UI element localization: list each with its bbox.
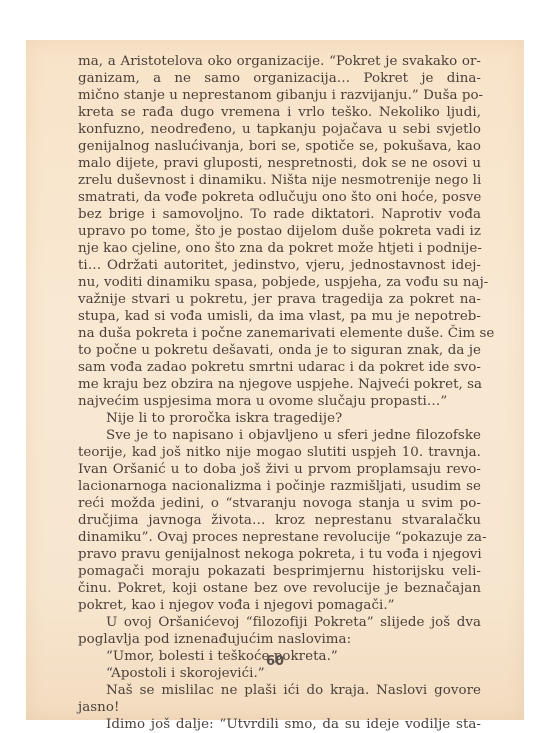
text-line: bez brige i samovoljno. To rade diktator… <box>78 206 481 223</box>
text-line: Ivan Oršanić u to doba još živi u prvom … <box>78 461 481 478</box>
text-line: mično stanje u neprestanom gibanju i raz… <box>78 87 481 104</box>
text-line: najvećim uspjesima mora u ovome slučaju … <box>78 393 481 410</box>
text-line: na duša pokreta i počne zanemarivati ele… <box>78 325 481 342</box>
text-line: poglavlja pod iznenađujućim naslovima: <box>78 631 481 648</box>
text-line: teorije, kad još nitko nije mogao slutit… <box>78 444 481 461</box>
text-line: konfuzno, neodređeno, u tapkanju pojačav… <box>78 121 481 138</box>
body-text: ma, a Aristotelova oko organizacije. “Po… <box>78 53 481 720</box>
text-line: jasno! <box>78 699 481 716</box>
text-line: Naš se mislilac ne plaši ići do kraja. N… <box>78 682 481 699</box>
text-line: dručjima javnoga života… kroz neprestanu… <box>78 512 481 529</box>
text-line: ti… Održati autoritet, jedinstvo, vjeru,… <box>78 257 481 274</box>
text-line: pomagači moraju pokazati besprimjernu hi… <box>78 563 481 580</box>
text-line: kreta se rađa dugo vremena i vrlo teško.… <box>78 104 481 121</box>
text-line: Nije li to proročka iskra tragedije? <box>78 410 481 427</box>
text-line: važnije stvari u pokretu, jer prava trag… <box>78 291 481 308</box>
text-line: Sve je to napisano i objavljeno u sferi … <box>78 427 481 444</box>
text-line: malo dijete, pravi gluposti, nespretnost… <box>78 155 481 172</box>
text-line: stupa, kad si vođa umisli, da ima vlast,… <box>78 308 481 325</box>
text-line: Idimo još dalje: “Utvrdili smo, da su id… <box>78 716 481 720</box>
text-line: genijalnog naslućivanja, bori se, spotič… <box>78 138 481 155</box>
text-line: to počne u pokretu dešavati, onda je to … <box>78 342 481 359</box>
text-line: upravo po tome, što je postao dijelom du… <box>78 223 481 240</box>
text-line: U ovoj Oršanićevoj “filozofiji Pokreta” … <box>78 614 481 631</box>
text-line: sam vođa zadao pokretu smrtni udarac i d… <box>78 359 481 376</box>
text-line: nu, voditi dinamiku spasa, pobjede, uspj… <box>78 274 481 291</box>
text-line: dinamiku”. Ovaj proces neprestane revolu… <box>78 529 481 546</box>
book-page: ma, a Aristotelova oko organizacije. “Po… <box>26 40 524 720</box>
text-line: nje kao cjeline, ono što zna da pokret m… <box>78 240 481 257</box>
page-number: 60 <box>26 654 524 669</box>
text-line: pravo pravu genijalnost nekoga pokreta, … <box>78 546 481 563</box>
text-line: činu. Pokret, koji ostane bez ove revolu… <box>78 580 481 597</box>
text-line: pokret, kao i njegov vođa i njegovi poma… <box>78 597 481 614</box>
text-line: ma, a Aristotelova oko organizacije. “Po… <box>78 53 481 70</box>
text-line: ganizam, a ne samo organizacija… Pokret … <box>78 70 481 87</box>
text-line: lacionarnoga nacionalizma i počinje razm… <box>78 478 481 495</box>
text-line: reći možda jedini, o “stvaranju novoga s… <box>78 495 481 512</box>
text-line: me kraju bez obzira na njegove uspjehe. … <box>78 376 481 393</box>
text-line: smatrati, da vođe pokreta odlučuju ono š… <box>78 189 481 206</box>
text-line: zrelu duševnost i dinamiku. Ništa nije n… <box>78 172 481 189</box>
